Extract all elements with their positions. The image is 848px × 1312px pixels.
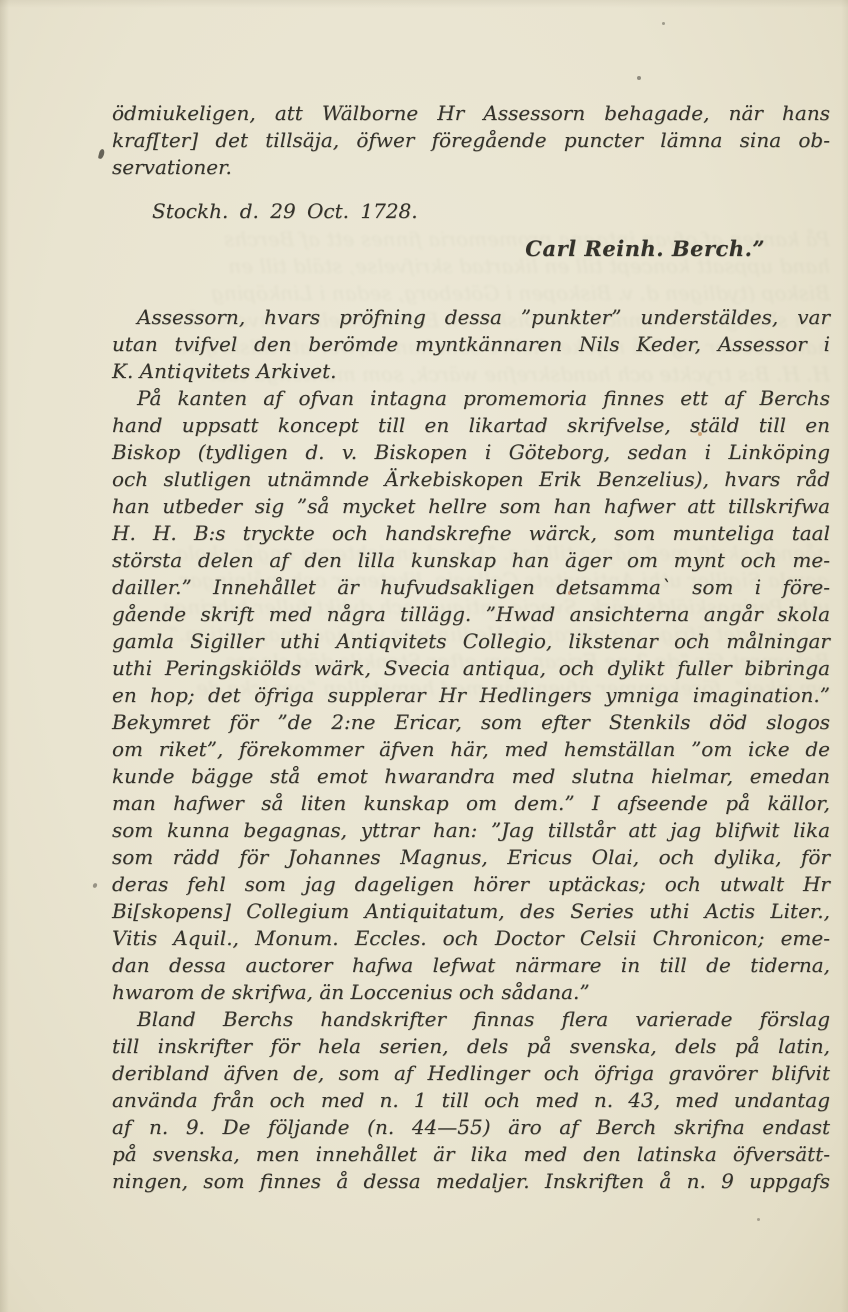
paragraph-berch-concept: På kanten af ofvan intagna promemoria fi…: [112, 385, 830, 1006]
paragraph-assessor-note: Assessorn, hvars pröfning dessa ”punkter…: [112, 304, 830, 385]
text-line: Biskop (tydligen d. v. Biskopen i Götebo…: [112, 439, 830, 466]
text-line: han utbeder sig ”så mycket hellre som ha…: [112, 493, 830, 520]
paragraph-letter-closing: ödmiukeligen, att Wälborne Hr Assessorn …: [112, 100, 830, 181]
ink-speck: [98, 149, 105, 160]
text-line: till inskrifter för hela serien, dels på…: [112, 1033, 830, 1060]
letter-dateline: Stockh. d. 29 Oct. 1728.: [112, 198, 830, 225]
text-line: H. H. B:s tryckte och handskrefne wärck,…: [112, 520, 830, 547]
text-line: använda från och med n. 1 till och med n…: [112, 1087, 830, 1114]
ink-speck: [662, 22, 665, 25]
text-line: kunde bägge stå emot hwarandra med slutn…: [112, 763, 830, 790]
text-line: en hop; det öfriga supplerar Hr Hedlinge…: [112, 682, 830, 709]
text-line: hwarom de skrifwa, än Loccenius och såda…: [112, 979, 830, 1006]
text-line: af n. 9. De följande (n. 44—55) äro af B…: [112, 1114, 830, 1141]
text-line: ödmiukeligen, att Wälborne Hr Assessorn …: [112, 100, 830, 127]
text-line: utan tvifvel den berömde myntkännaren Ni…: [112, 331, 830, 358]
ink-speck: [637, 76, 641, 80]
text-line: och slutligen utnämnde Ärkebiskopen Erik…: [112, 466, 830, 493]
text-line: största delen af den lilla kunskap han ä…: [112, 547, 830, 574]
paragraph-inscriptions: Bland Berchs handskrifter finnas flera v…: [112, 1006, 830, 1195]
text-line: dailler.” Innehållet är hufvudsakligen d…: [112, 574, 830, 601]
text-line: Assessorn, hvars pröfning dessa ”punkter…: [112, 304, 830, 331]
text-line: K. Antiqvitets Arkivet.: [112, 358, 830, 385]
ink-speck: [757, 1218, 760, 1221]
ink-speck: [92, 882, 98, 888]
text-line: på svenska, men innehållet är lika med d…: [112, 1141, 830, 1168]
text-line: kraf[ter] det tillsäja, öfwer föregående…: [112, 127, 830, 154]
text-line: gående skrift med några tillägg. ”Hwad a…: [112, 601, 830, 628]
text-line: som kunna begagnas, yttrar han: ”Jag til…: [112, 817, 830, 844]
book-page: På kanten af ofvan intagna promemoria fi…: [0, 0, 848, 1312]
text-line: uthi Peringskiölds wärk, Svecia antiqua,…: [112, 655, 830, 682]
text-line: deribland äfven de, som af Hedlinger och…: [112, 1060, 830, 1087]
text-line: om riket”, förekommer äfven här, med hem…: [112, 736, 830, 763]
text-line: deras fehl som jag dageligen hörer uptäc…: [112, 871, 830, 898]
page-text-block: ödmiukeligen, att Wälborne Hr Assessorn …: [112, 100, 830, 1195]
text-line: servationer.: [112, 154, 830, 181]
text-line: man hafwer så liten kunskap om dem.” I a…: [112, 790, 830, 817]
text-line: gamla Sigiller uthi Antiqvitets Collegio…: [112, 628, 830, 655]
text-line: Bi[skopens] Collegium Antiquitatum, des …: [112, 898, 830, 925]
letter-signature: Carl Reinh. Berch.”: [112, 235, 830, 262]
text-line: Bekymret för ”de 2:ne Ericar, som efter …: [112, 709, 830, 736]
text-line: Bland Berchs handskrifter finnas flera v…: [112, 1006, 830, 1033]
text-line: Vitis Aquil., Monum. Eccles. och Doctor …: [112, 925, 830, 952]
text-line: dan dessa auctorer hafwa lefwat närmare …: [112, 952, 830, 979]
text-line: ningen, som finnes å dessa medaljer. Ins…: [112, 1168, 830, 1195]
text-line: På kanten af ofvan intagna promemoria fi…: [112, 385, 830, 412]
text-line: som rädd för Johannes Magnus, Ericus Ola…: [112, 844, 830, 871]
text-line: hand uppsatt koncept till en likartad sk…: [112, 412, 830, 439]
